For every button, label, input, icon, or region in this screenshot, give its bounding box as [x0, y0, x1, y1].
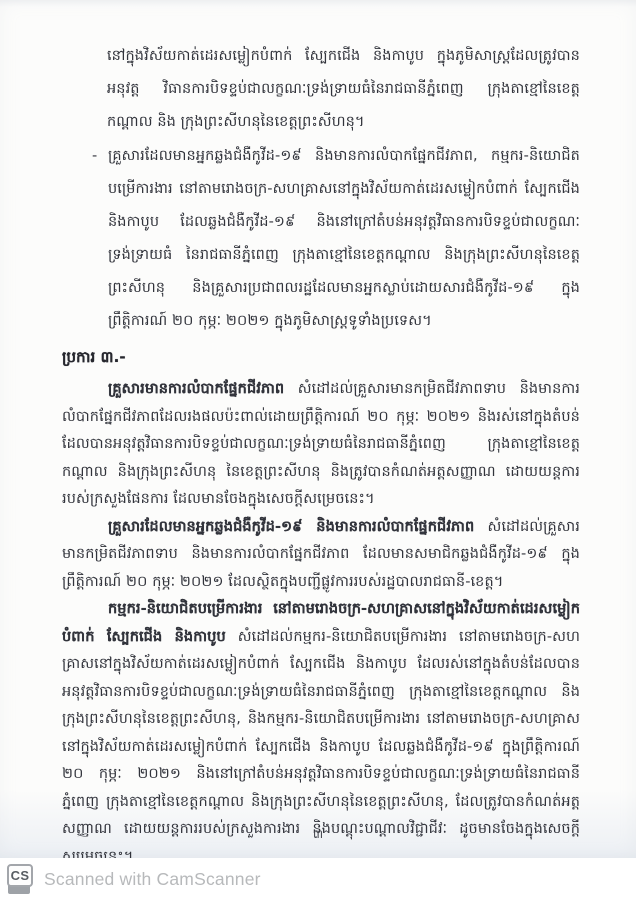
camscanner-logo-icon: CS	[7, 864, 35, 894]
defined-term-2: គ្រួសារដែលមានអ្នកឆ្លងជំងឺកូវីដ-១៩ និងមាន…	[108, 519, 474, 535]
article-3-heading: ប្រការ ៣.-	[62, 348, 580, 370]
top-text-block: នៅក្នុងវិស័យកាត់ដេរសម្លៀកបំពាក់ ស្បែកជើង…	[62, 40, 580, 338]
definition-paragraph-1: គ្រួសារមានការលំបាកផ្នែកជីវភាព សំដៅដល់គ្រ…	[62, 376, 580, 514]
camscanner-watermark-text: Scanned with CamScanner	[44, 869, 261, 890]
definition-text-1: សំដៅដល់គ្រួសារមានកម្រិតជីវភាពទាប និងមានក…	[62, 381, 580, 507]
defined-term-1: គ្រួសារមានការលំបាកផ្នែកជីវភាព	[108, 381, 284, 397]
document-body: នៅក្នុងវិស័យកាត់ដេរសម្លៀកបំពាក់ ស្បែកជើង…	[62, 40, 580, 858]
camscanner-logo-letters: CS	[7, 864, 33, 887]
article-3-body: គ្រួសារមានការលំបាកផ្នែកជីវភាព សំដៅដល់គ្រ…	[62, 376, 580, 858]
camscanner-watermark-bar: CS Scanned with CamScanner	[0, 858, 636, 900]
scanned-document-page: នៅក្នុងវិស័យកាត់ដេរសម្លៀកបំពាក់ ស្បែកជើង…	[0, 0, 636, 858]
definition-text-3: សំដៅដល់កម្មករ-និយោជិតបម្រើការងារ នៅតាមរោ…	[62, 629, 580, 859]
page-number: ៣	[0, 826, 636, 844]
bullet-item: - គ្រួសារដែលមានអ្នកឆ្លងជំងឺកូវីដ-១៩ និងម…	[62, 140, 580, 338]
continuation-paragraph: នៅក្នុងវិស័យកាត់ដេរសម្លៀកបំពាក់ ស្បែកជើង…	[62, 40, 580, 139]
definition-paragraph-3: កម្មករ-និយោជិតបម្រើការងារ នៅតាមរោងចក្រ-ស…	[62, 596, 580, 858]
screenshot-root: នៅក្នុងវិស័យកាត់ដេរសម្លៀកបំពាក់ ស្បែកជើង…	[0, 0, 636, 900]
bullet-dash: -	[92, 140, 108, 338]
bullet-item-text: គ្រួសារដែលមានអ្នកឆ្លងជំងឺកូវីដ-១៩ និងមាន…	[108, 140, 580, 338]
definition-paragraph-2: គ្រួសារដែលមានអ្នកឆ្លងជំងឺកូវីដ-១៩ និងមាន…	[62, 514, 580, 597]
